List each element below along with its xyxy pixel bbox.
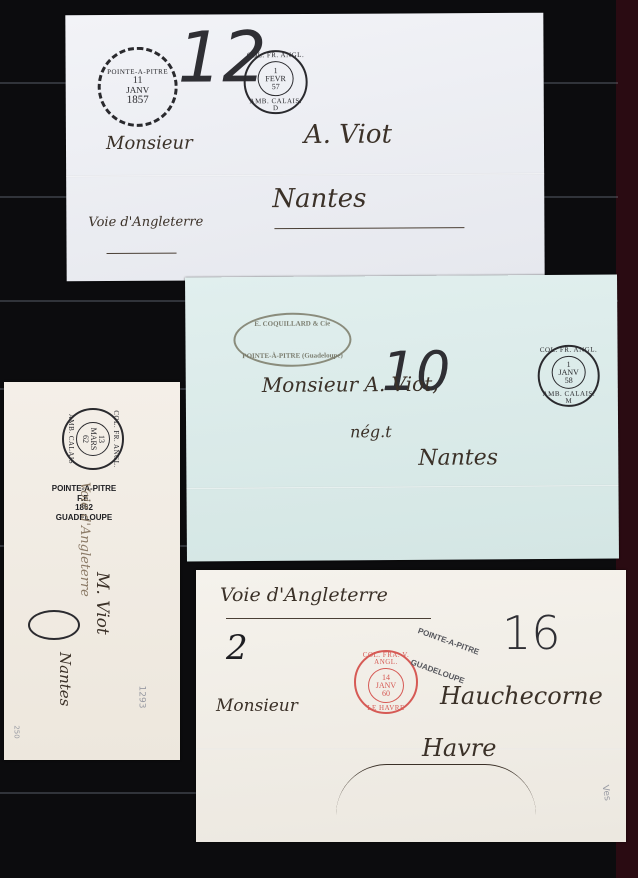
address-name: Monsieur A. Viot,	[262, 372, 439, 397]
sender-cachet: E. COQUILLARD & Cie POINTE-À-PITRE (Guad…	[233, 312, 351, 367]
route-note: Voie d'Angleterre	[77, 482, 92, 597]
handwritten-oval-mark	[28, 610, 80, 640]
address-city: Nantes	[418, 445, 498, 471]
pencil-note: 250	[13, 725, 21, 738]
pencil-note: 1293	[136, 686, 146, 709]
route-note: Voie d'Angleterre	[220, 584, 388, 606]
address-city: Nantes	[56, 652, 74, 706]
address-salutation: Monsieur	[106, 133, 193, 154]
address-name: M. Viot	[92, 572, 112, 635]
transit-postmark: COL. FR. ANGL. 1 FEVR 57 AMB. CALAIS. D	[243, 50, 307, 114]
pencil-note: Ves	[600, 784, 613, 801]
address-city: Nantes	[272, 184, 366, 214]
cover-1: POINTE-A-PITRE 11 JANV 1857 12 COL. FR. …	[65, 13, 544, 281]
rate-mark: 2	[226, 628, 248, 668]
address-city: Havre	[422, 734, 496, 762]
address-occupation: nég.t	[350, 422, 392, 441]
route-note: Voie d'Angleterre	[88, 215, 203, 231]
address-salutation: Monsieur	[216, 696, 298, 716]
origin-postmark: POINTE-A-PITRE 11 JANV 1857	[97, 47, 177, 127]
flourish	[336, 764, 536, 815]
address-name: Hauchecorne	[440, 682, 603, 710]
tax-mark: 16	[502, 606, 561, 660]
cover-2: E. COQUILLARD & Cie POINTE-À-PITRE (Guad…	[185, 274, 619, 561]
cover-4: Voie d'Angleterre 2 16 COL. FRA. V. ANGL…	[196, 570, 626, 842]
address-name: A. Viot	[304, 120, 392, 150]
cover-3: COL. FR. ANGL. 13 MARS 62 AMB. CALAIS PO…	[4, 382, 180, 760]
transit-postmark: COL. FR. ANGL. 13 MARS 62 AMB. CALAIS	[62, 408, 124, 470]
transit-postmark: COL. FR. ANGL. 1 JANV 58 AMB. CALAIS. M	[537, 345, 599, 407]
